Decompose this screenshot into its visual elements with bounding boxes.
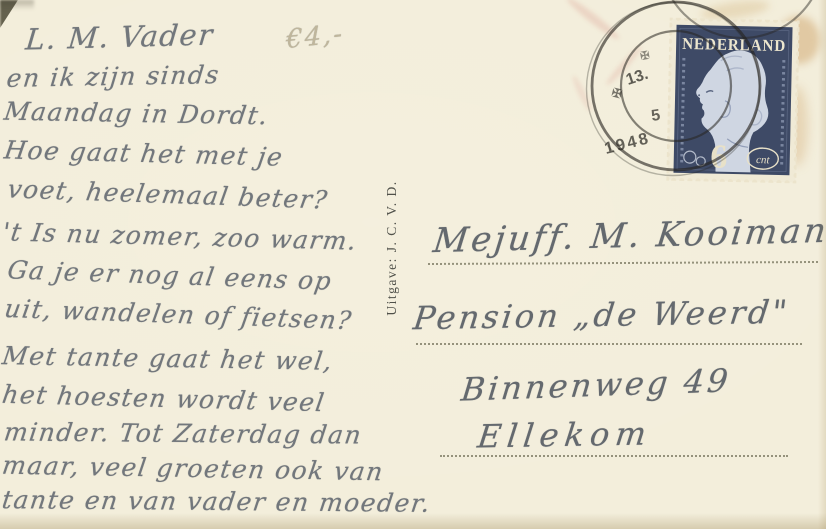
message-line: en ik zijn sinds xyxy=(5,60,221,93)
message-line: Met tante gaat het wel, xyxy=(0,341,335,376)
address-line-3: Binnenweg 49 xyxy=(459,361,732,408)
postmark-cross-icon: ✠ xyxy=(610,85,623,101)
address-recipient: Mejuff. M. Kooiman xyxy=(431,211,826,261)
address-line-4: Ellekom xyxy=(475,414,654,455)
postmark-cross-icon: ✠ xyxy=(639,50,650,63)
message-line: minder. Tot Zaterdag dan xyxy=(2,417,364,449)
postmark-hour: 5 xyxy=(650,107,661,125)
card-corner-shadow xyxy=(0,0,34,10)
dotted-rule xyxy=(440,455,788,457)
stamp-denomination-unit: cnt xyxy=(756,154,771,166)
message-line: maar, veel groeten ook van xyxy=(0,451,385,487)
address-line-2: Pension „de Weerd" xyxy=(411,293,792,338)
message-line: het hoesten wordt veel xyxy=(0,380,327,417)
message-line: Hoe gaat het met je xyxy=(2,135,285,171)
dotted-rule xyxy=(428,261,818,265)
message-line: L. M. Vader xyxy=(24,18,215,57)
ink-smudge xyxy=(564,0,622,42)
postcard-scan: L. M. Vader en ik zijn sinds Maandag in … xyxy=(0,0,826,529)
message-line: Maandag in Dordt. xyxy=(2,97,270,131)
card-edge-shading xyxy=(818,0,826,529)
stamp-denomination: 6 xyxy=(710,139,728,176)
postmark-day: 13. xyxy=(624,66,650,89)
card-edge-shading xyxy=(0,513,826,529)
postmark-year: 1948 xyxy=(603,129,653,158)
price-note: €4,- xyxy=(286,19,344,55)
message-line: 't Is nu zomer, zoo warm. xyxy=(0,217,359,255)
ink-smudge xyxy=(570,74,594,113)
dotted-rule xyxy=(416,343,802,345)
message-line: Ga je er nog al eens op xyxy=(6,255,335,295)
postage-stamp: NEDERLAND 6 cnt xyxy=(666,18,799,184)
message-line: voet, heelemaal beter? xyxy=(6,174,331,214)
message-line: uit, wandelen of fietsen? xyxy=(3,294,355,335)
publisher-imprint: Uitgave: J. C. V. D. xyxy=(384,180,400,315)
ink-smudge xyxy=(604,44,644,87)
